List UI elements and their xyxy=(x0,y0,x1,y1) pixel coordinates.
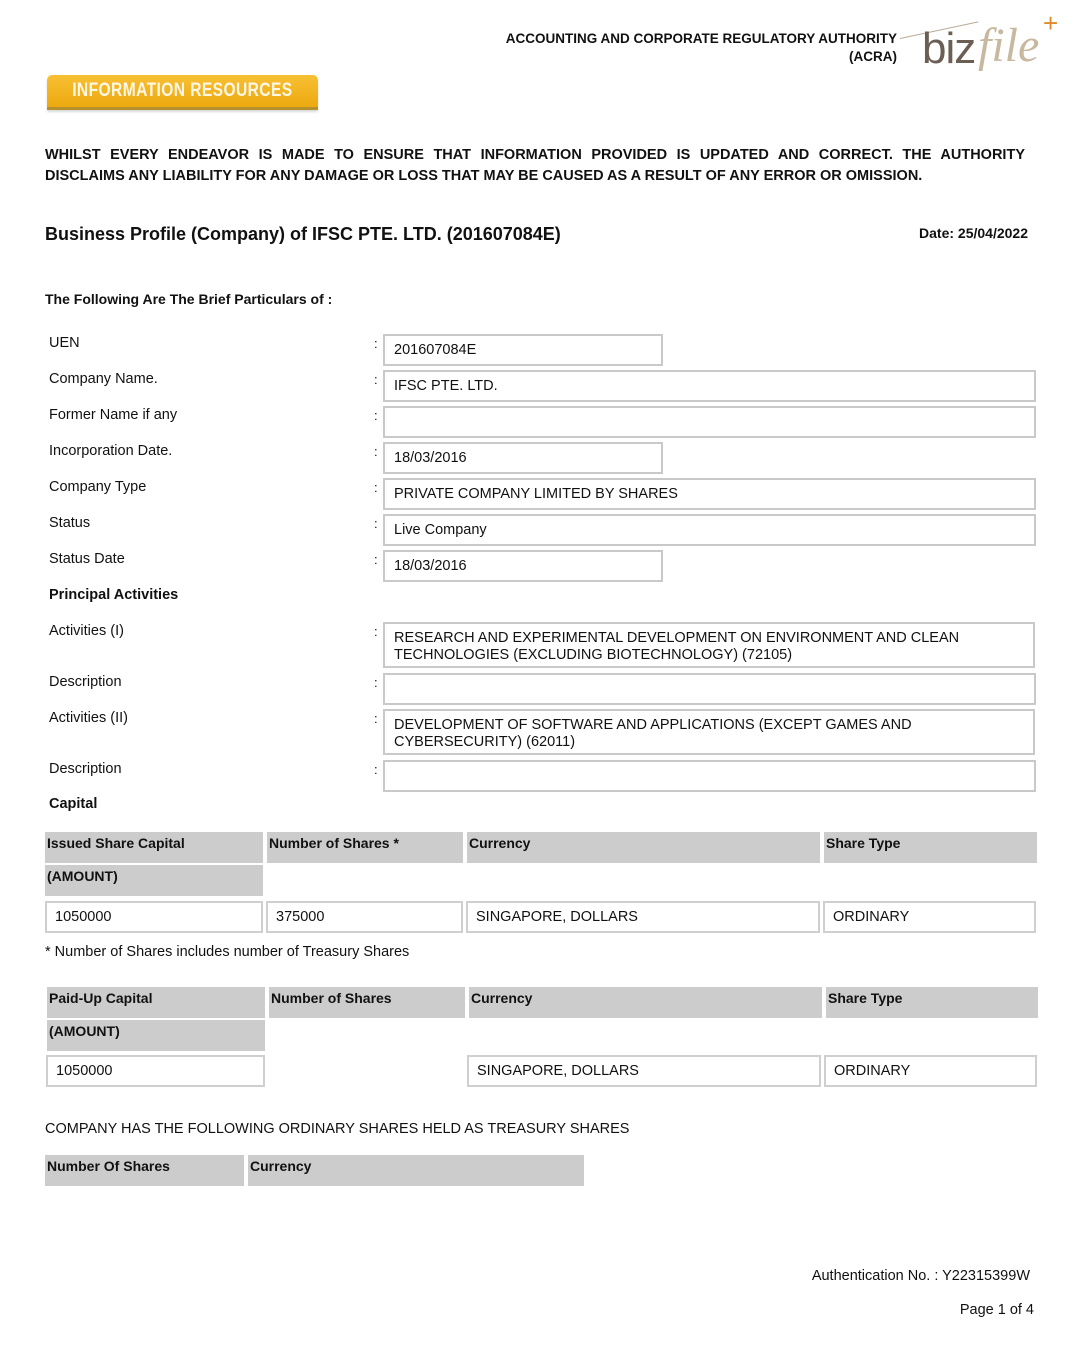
activities-2-label: Activities (II) xyxy=(49,710,128,726)
capital-heading: Capital xyxy=(49,796,97,812)
colon: : xyxy=(374,624,378,639)
company-name-label: Company Name. xyxy=(49,371,158,387)
activities-1-label: Activities (I) xyxy=(49,623,124,639)
paid-up-share-type-value: ORDINARY xyxy=(824,1055,1037,1087)
treasury-shares-title: COMPANY HAS THE FOLLOWING ORDINARY SHARE… xyxy=(45,1121,629,1137)
issued-currency-header: Currency xyxy=(467,832,820,863)
paid-up-capital-value: 1050000 xyxy=(46,1055,265,1087)
paid-up-capital-header: Paid-Up Capital xyxy=(47,987,265,1018)
former-name-label: Former Name if any xyxy=(49,407,177,423)
authority-name: ACCOUNTING AND CORPORATE REGULATORY AUTH… xyxy=(506,30,897,66)
colon: : xyxy=(374,552,378,567)
information-resources-banner: INFORMATION RESOURCES xyxy=(47,75,318,110)
colon: : xyxy=(374,408,378,423)
logo-plus-icon: + xyxy=(1043,8,1058,39)
status-date-field: 18/03/2016 xyxy=(383,550,663,582)
page-number: Page 1 of 4 xyxy=(960,1302,1034,1318)
issued-share-type-value: ORDINARY xyxy=(823,901,1036,933)
brief-particulars-heading: The Following Are The Brief Particulars … xyxy=(45,291,332,307)
logo-file-text: file xyxy=(978,18,1039,73)
paid-up-currency-header: Currency xyxy=(469,987,822,1018)
activities-2-line-2: CYBERSECURITY) (62011) xyxy=(394,734,1024,751)
company-type-label: Company Type xyxy=(49,479,146,495)
incorporation-date-field: 18/03/2016 xyxy=(383,442,663,474)
treasury-note: * Number of Shares includes number of Tr… xyxy=(45,944,409,960)
incorporation-date-label: Incorporation Date. xyxy=(49,443,172,459)
colon: : xyxy=(374,516,378,531)
logo-biz-text: biz xyxy=(922,24,975,74)
paid-up-shares-header: Number of Shares xyxy=(269,987,465,1018)
uen-field: 201607084E xyxy=(383,334,663,366)
principal-activities-heading: Principal Activities xyxy=(49,587,178,603)
banner-label: INFORMATION RESOURCES xyxy=(72,80,292,102)
colon: : xyxy=(374,762,378,777)
former-name-field xyxy=(383,406,1036,438)
status-field: Live Company xyxy=(383,514,1036,546)
description-2-label: Description xyxy=(49,761,122,777)
colon: : xyxy=(374,336,378,351)
disclaimer: WHILST EVERY ENDEAVOR IS MADE TO ENSURE … xyxy=(45,145,1025,187)
colon: : xyxy=(374,372,378,387)
authentication-number: Authentication No. : Y22315399W xyxy=(812,1268,1030,1284)
colon: : xyxy=(374,675,378,690)
description-1-field xyxy=(383,673,1036,705)
colon: : xyxy=(374,444,378,459)
authority-line-1: ACCOUNTING AND CORPORATE REGULATORY AUTH… xyxy=(506,30,897,48)
page-title: Business Profile (Company) of IFSC PTE. … xyxy=(45,224,561,245)
activities-1-line-1: RESEARCH AND EXPERIMENTAL DEVELOPMENT ON… xyxy=(394,630,1024,647)
issued-capital-value: 1050000 xyxy=(45,901,263,933)
description-2-field xyxy=(383,760,1036,792)
authority-line-2: (ACRA) xyxy=(506,48,897,66)
company-type-field: PRIVATE COMPANY LIMITED BY SHARES xyxy=(383,478,1036,510)
issued-share-type-header: Share Type xyxy=(824,832,1037,863)
issued-shares-value: 375000 xyxy=(266,901,463,933)
uen-label: UEN xyxy=(49,335,80,351)
activities-1-field: RESEARCH AND EXPERIMENTAL DEVELOPMENT ON… xyxy=(383,622,1035,668)
paid-up-share-type-header: Share Type xyxy=(826,987,1038,1018)
issued-amount-subheader: (AMOUNT) xyxy=(45,865,263,896)
paid-up-currency-value: SINGAPORE, DOLLARS xyxy=(467,1055,821,1087)
issued-currency-value: SINGAPORE, DOLLARS xyxy=(466,901,820,933)
activities-2-line-1: DEVELOPMENT OF SOFTWARE AND APPLICATIONS… xyxy=(394,717,1024,734)
status-date-label: Status Date xyxy=(49,551,125,567)
treasury-shares-header: Number Of Shares xyxy=(45,1155,244,1186)
issued-shares-header: Number of Shares * xyxy=(267,832,463,863)
status-label: Status xyxy=(49,515,90,531)
activities-2-field: DEVELOPMENT OF SOFTWARE AND APPLICATIONS… xyxy=(383,709,1035,755)
description-1-label: Description xyxy=(49,674,122,690)
report-date: Date: 25/04/2022 xyxy=(919,225,1028,241)
colon: : xyxy=(374,480,378,495)
paid-up-amount-subheader: (AMOUNT) xyxy=(47,1020,265,1051)
activities-1-line-2: TECHNOLOGIES (EXCLUDING BIOTECHNOLOGY) (… xyxy=(394,647,1024,664)
company-name-field: IFSC PTE. LTD. xyxy=(383,370,1036,402)
bizfile-logo: biz file + xyxy=(900,14,1065,78)
disclaimer-line-1: WHILST EVERY ENDEAVOR IS MADE TO ENSURE … xyxy=(45,145,1025,166)
colon: : xyxy=(374,711,378,726)
treasury-currency-header: Currency xyxy=(248,1155,584,1186)
disclaimer-line-2: DISCLAIMS ANY LIABILITY FOR ANY DAMAGE O… xyxy=(45,166,1025,187)
issued-capital-header: Issued Share Capital xyxy=(45,832,263,863)
